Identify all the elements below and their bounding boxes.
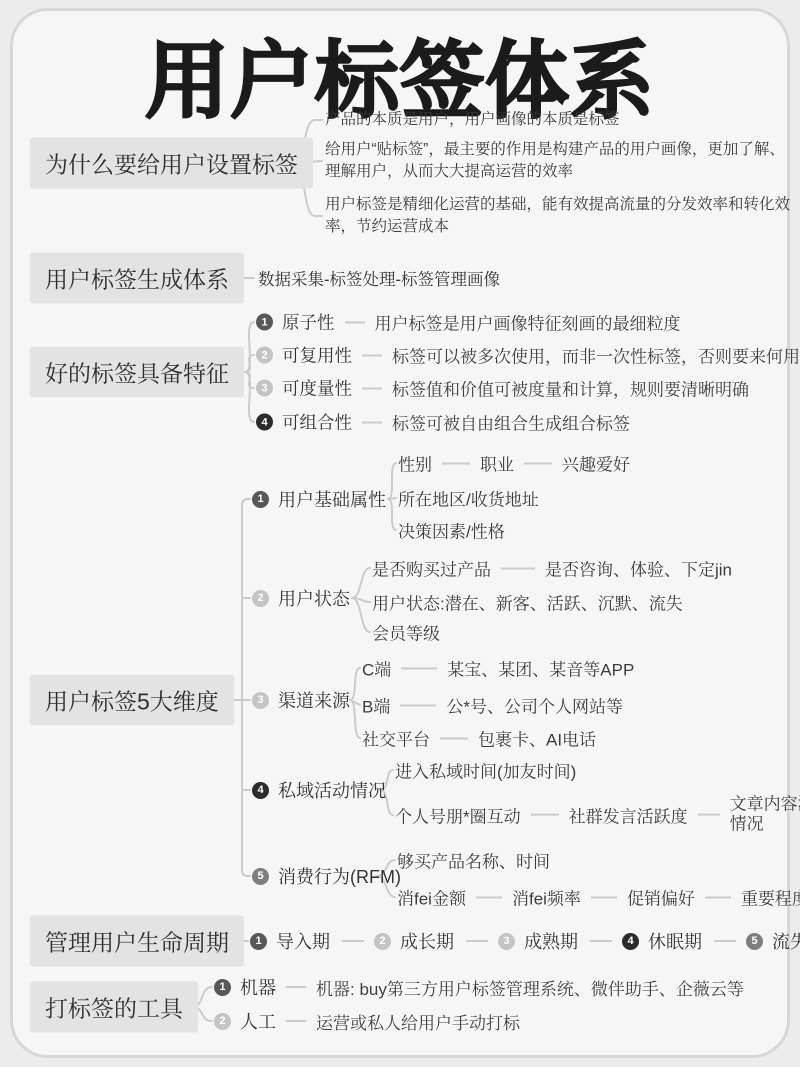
- tag-item: 文章内容游览情况: [730, 795, 800, 836]
- dimension-child-row: 进入私域时间(加友时间): [395, 758, 576, 783]
- feature-desc: 标签可以被多次使用，而非一次性标签，否则要来何用: [392, 343, 800, 368]
- connector-dash: [714, 940, 736, 942]
- connector-dash: [442, 462, 470, 464]
- dimension-node: 4 私域活动情况: [252, 777, 386, 803]
- feature-desc: 用户标签是用户画像特征刻画的最细粒度: [375, 310, 681, 335]
- dimension-node: 3 渠道来源: [252, 687, 350, 713]
- tag-item: 个人号朋*圈互动: [395, 803, 521, 828]
- dimension-node: 1 用户基础属性: [252, 486, 386, 512]
- connector-dash: [286, 986, 306, 988]
- dimension-name: 渠道来源: [278, 687, 350, 713]
- tag-item: 某宝、某团、某音等APP: [447, 656, 634, 681]
- feature-name: 原子性: [282, 310, 335, 335]
- tag-item: 进入私域时间(加友时间): [395, 758, 576, 783]
- step-number-badge: 4: [256, 414, 273, 431]
- feature-desc: 标签值和价值可被度量和计算，规则要清晰明确: [392, 376, 749, 401]
- step-number-badge: 4: [622, 933, 639, 950]
- connector-dash: [401, 667, 437, 669]
- tag-item: 消fei金额: [397, 885, 466, 910]
- dimension-child-row: C端 某宝、某团、某音等APP: [362, 656, 634, 681]
- tag-item: 职业: [480, 451, 514, 476]
- feature-item: 3 可度量性 标签值和价值可被度量和计算，规则要清晰明确: [256, 376, 749, 401]
- connector-dash: [342, 940, 364, 942]
- dimension-node: 2 用户状态: [252, 585, 350, 611]
- dimension-node: 5 消费行为(RFM): [252, 863, 401, 889]
- feature-item: 1 原子性 用户标签是用户画像特征刻画的最细粒度: [256, 310, 681, 335]
- connector-dash: [362, 421, 382, 423]
- connector-dash: [345, 321, 365, 323]
- step-number-badge: 4: [252, 782, 269, 799]
- connector-dash: [591, 896, 617, 898]
- lifecycle-stage: 导入期: [276, 928, 330, 954]
- feature-name: 可复用性: [282, 343, 352, 368]
- feature-item: 4 可组合性 标签可被自由组合生成组合标签: [256, 410, 630, 435]
- step-number-badge: 5: [252, 868, 269, 885]
- tool-item: 2 人工 运营或私人给用户手动打标: [214, 1008, 520, 1034]
- connector-dash: [524, 462, 552, 464]
- dimension-child-row: 够买产品名称、时间: [397, 848, 550, 873]
- tag-item: 兴趣爱好: [562, 451, 630, 476]
- dimension-child-row: 消fei金额 消fei频率 促销偏好 重要程度: [397, 885, 800, 910]
- topic-tagging-tools: 打标签的工具: [30, 982, 198, 1033]
- connector-dash: [400, 704, 436, 706]
- dimension-name: 消费行为(RFM): [278, 863, 401, 889]
- connector-dash: [440, 737, 468, 739]
- dimension-child-row: B端 公*号、公司个人网站等: [362, 693, 623, 718]
- step-number-badge: 1: [214, 979, 231, 996]
- tag-item: C端: [362, 656, 391, 681]
- tag-item: 重要程度: [741, 885, 800, 910]
- dimension-child-row: 会员等级: [372, 620, 440, 645]
- step-number-badge: 3: [252, 692, 269, 709]
- tag-item: 是否购买过产品: [372, 556, 491, 581]
- tag-item: B端: [362, 693, 390, 718]
- tag-item: 包裹卡、AI电话: [478, 726, 596, 751]
- lifecycle-stage: 流失期: [772, 928, 800, 954]
- connector-dash: [698, 814, 720, 816]
- step-number-badge: 2: [252, 590, 269, 607]
- why-bullet-1: 产品的本质是用户，用户画像的本质是标签: [325, 109, 791, 131]
- dimension-child-row: 用户状态:潜在、新客、活跃、沉默、流失: [372, 590, 683, 615]
- connector-dash: [590, 940, 612, 942]
- connector-dash: [501, 567, 535, 569]
- lifecycle-stage: 休眠期: [648, 928, 702, 954]
- lifecycle-stage: 成熟期: [524, 928, 578, 954]
- dimension-child-row: 所在地区/收货地址: [398, 486, 539, 511]
- dimension-child-row: 是否购买过产品 是否咨询、体验、下定jin: [372, 556, 732, 581]
- tool-item: 1 机器 机器: buy第三方用户标签管理系统、微伴助手、企薇云等: [214, 974, 744, 1000]
- tag-item: 是否咨询、体验、下定jin: [545, 556, 732, 581]
- step-number-badge: 2: [374, 933, 391, 950]
- connector-dash: [705, 896, 731, 898]
- connector-dash: [466, 940, 488, 942]
- tag-item: 公*号、公司个人网站等: [446, 693, 623, 718]
- step-number-badge: 3: [498, 933, 515, 950]
- tag-item: 性别: [398, 451, 432, 476]
- tag-item: 够买产品名称、时间: [397, 848, 550, 873]
- dimension-name: 私域活动情况: [278, 777, 386, 803]
- connector-dash: [286, 1020, 306, 1022]
- tag-generation-flow-text: 数据采集-标签处理-标签管理画像: [258, 266, 500, 290]
- connector-dash: [362, 354, 382, 356]
- topic-user-lifecycle: 管理用户生命周期: [30, 916, 244, 967]
- dimension-name: 用户状态: [278, 585, 350, 611]
- tag-generation-flow: 数据采集-标签处理-标签管理画像: [258, 266, 500, 290]
- dimension-child-row: 性别 职业 兴趣爱好: [398, 451, 630, 476]
- step-number-badge: 1: [252, 491, 269, 508]
- tag-item: 消fei频率: [512, 885, 581, 910]
- step-number-badge: 1: [256, 314, 273, 331]
- step-number-badge: 2: [214, 1013, 231, 1030]
- why-bullet-3: 用户标签是精细化运营的基础，能有效提高流量的分发效率和转化效率，节约运营成本: [325, 194, 791, 237]
- tool-name: 人工: [240, 1008, 276, 1034]
- tool-desc: 运营或私人给用户手动打标: [316, 1009, 520, 1034]
- tag-item: 决策因素/性格: [398, 518, 505, 543]
- lifecycle-stages-row: 1 导入期 2 成长期 3 成熟期 4 休眠期 5 流失期: [250, 928, 800, 954]
- tool-name: 机器: [240, 974, 276, 1000]
- tag-item: 会员等级: [372, 620, 440, 645]
- tag-item: 所在地区/收货地址: [398, 486, 539, 511]
- topic-good-tag-features: 好的标签具备特征: [30, 347, 244, 398]
- step-number-badge: 5: [746, 933, 763, 950]
- feature-desc: 标签可被自由组合生成组合标签: [392, 410, 630, 435]
- dimension-child-row: 社交平台 包裹卡、AI电话: [362, 726, 596, 751]
- step-number-badge: 2: [256, 347, 273, 364]
- dimension-name: 用户基础属性: [278, 486, 386, 512]
- feature-item: 2 可复用性 标签可以被多次使用，而非一次性标签，否则要来何用: [256, 343, 800, 368]
- connector-dash: [531, 814, 559, 816]
- step-number-badge: 1: [250, 933, 267, 950]
- lifecycle-stage: 成长期: [400, 928, 454, 954]
- tool-desc: 机器: buy第三方用户标签管理系统、微伴助手、企薇云等: [316, 975, 744, 1000]
- connector-dash: [476, 896, 502, 898]
- topic-tag-generation: 用户标签生成体系: [30, 253, 244, 304]
- dimension-child-row: 决策因素/性格: [398, 518, 505, 543]
- why-bullet-2: 给用户“贴标签”，最主要的作用是构建产品的用户画像，更加了解、理解用户，从而大大…: [325, 139, 791, 182]
- dimension-child-row: 个人号朋*圈互动 社群发言活跃度 文章内容游览情况: [395, 795, 800, 836]
- tag-item: 促销偏好: [627, 885, 695, 910]
- tag-item: 社群发言活跃度: [569, 803, 688, 828]
- tag-item: 用户状态:潜在、新客、活跃、沉默、流失: [372, 590, 683, 615]
- topic-five-dimensions: 用户标签5大维度: [30, 675, 234, 726]
- step-number-badge: 3: [256, 380, 273, 397]
- mindmap-poster: 用户标签体系 为什么要给用户设置标签 产品的本质是用户，用户画像的本质是标签 给…: [0, 0, 800, 1067]
- connector-dash: [362, 387, 382, 389]
- feature-name: 可组合性: [282, 410, 352, 435]
- topic-why-tag-users: 为什么要给用户设置标签: [30, 138, 313, 189]
- tag-item: 社交平台: [362, 726, 430, 751]
- feature-name: 可度量性: [282, 376, 352, 401]
